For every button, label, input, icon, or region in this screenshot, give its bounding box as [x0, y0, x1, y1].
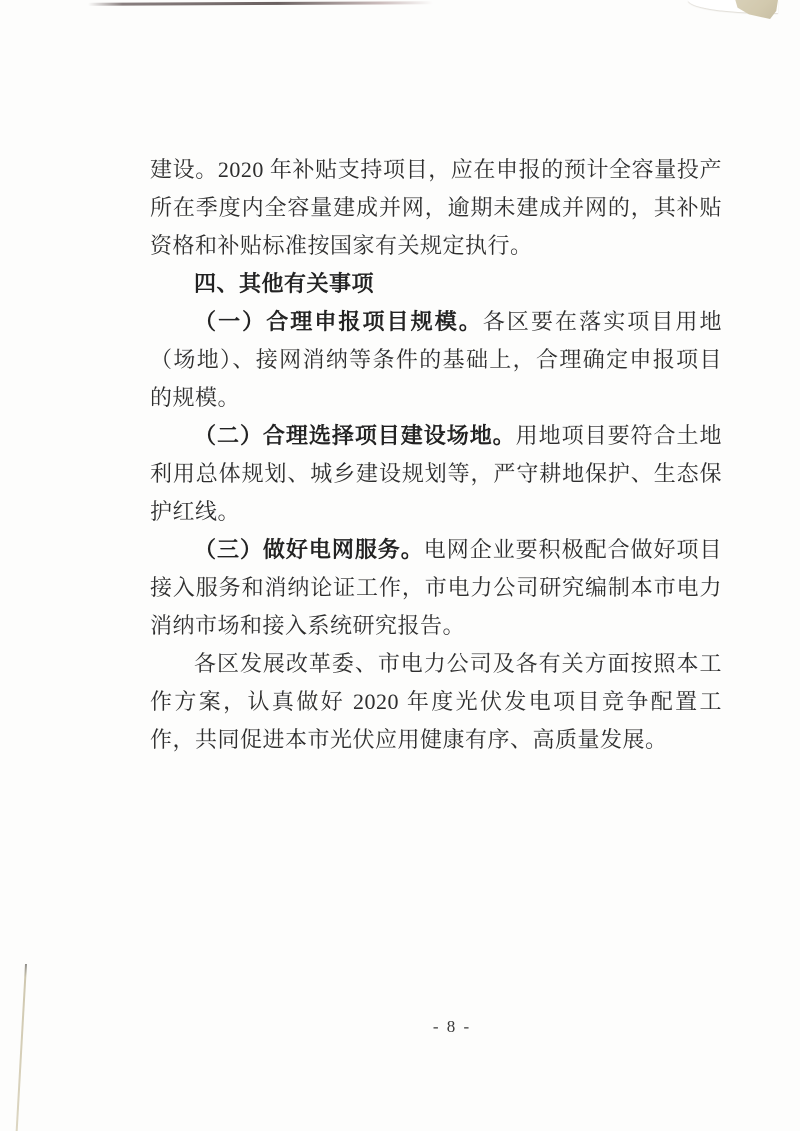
scanned-document-page: 建设。2020 年补贴支持项目，应在申报的预计全容量投产所在季度内全容量建成并网…: [0, 0, 800, 1131]
text-segment: 建设。2020 年补贴支持项目，应在申报的预计全容量投产所在季度内全容量建成并网…: [150, 157, 722, 258]
item-lead-text: （一）合理申报项目规模。: [194, 309, 483, 334]
document-body: 建设。2020 年补贴支持项目，应在申报的预计全容量投产所在季度内全容量建成并网…: [150, 151, 722, 759]
section-heading: 四、其他有关事项: [150, 265, 722, 303]
heading-text: 四、其他有关事项: [194, 271, 374, 296]
text-segment: 各区发展改革委、市电力公司及各有关方面按照本工作方案，认真做好 2020 年度光…: [150, 651, 722, 752]
paragraph-item-1: （一）合理申报项目规模。各区要在落实项目用地（场地）、接网消纳等条件的基础上，合…: [150, 303, 722, 417]
paragraph-item-3: （三）做好电网服务。电网企业要积极配合做好项目接入服务和消纳论证工作，市电力公司…: [150, 531, 722, 645]
item-lead-text: （三）做好电网服务。: [194, 537, 424, 562]
page-number: - 8 -: [433, 1017, 471, 1037]
paragraph-item-2: （二）合理选择项目建设场地。用地项目要符合土地利用总体规划、城乡建设规划等，严守…: [150, 417, 722, 531]
item-lead-text: （二）合理选择项目建设场地。: [194, 423, 516, 448]
paragraph-continuation: 建设。2020 年补贴支持项目，应在申报的预计全容量投产所在季度内全容量建成并网…: [150, 151, 722, 265]
page-edge-scan-line: [16, 964, 27, 1131]
paragraph-closing: 各区发展改革委、市电力公司及各有关方面按照本工作方案，认真做好 2020 年度光…: [150, 645, 722, 759]
scan-top-edge-artifact: [88, 1, 433, 6]
